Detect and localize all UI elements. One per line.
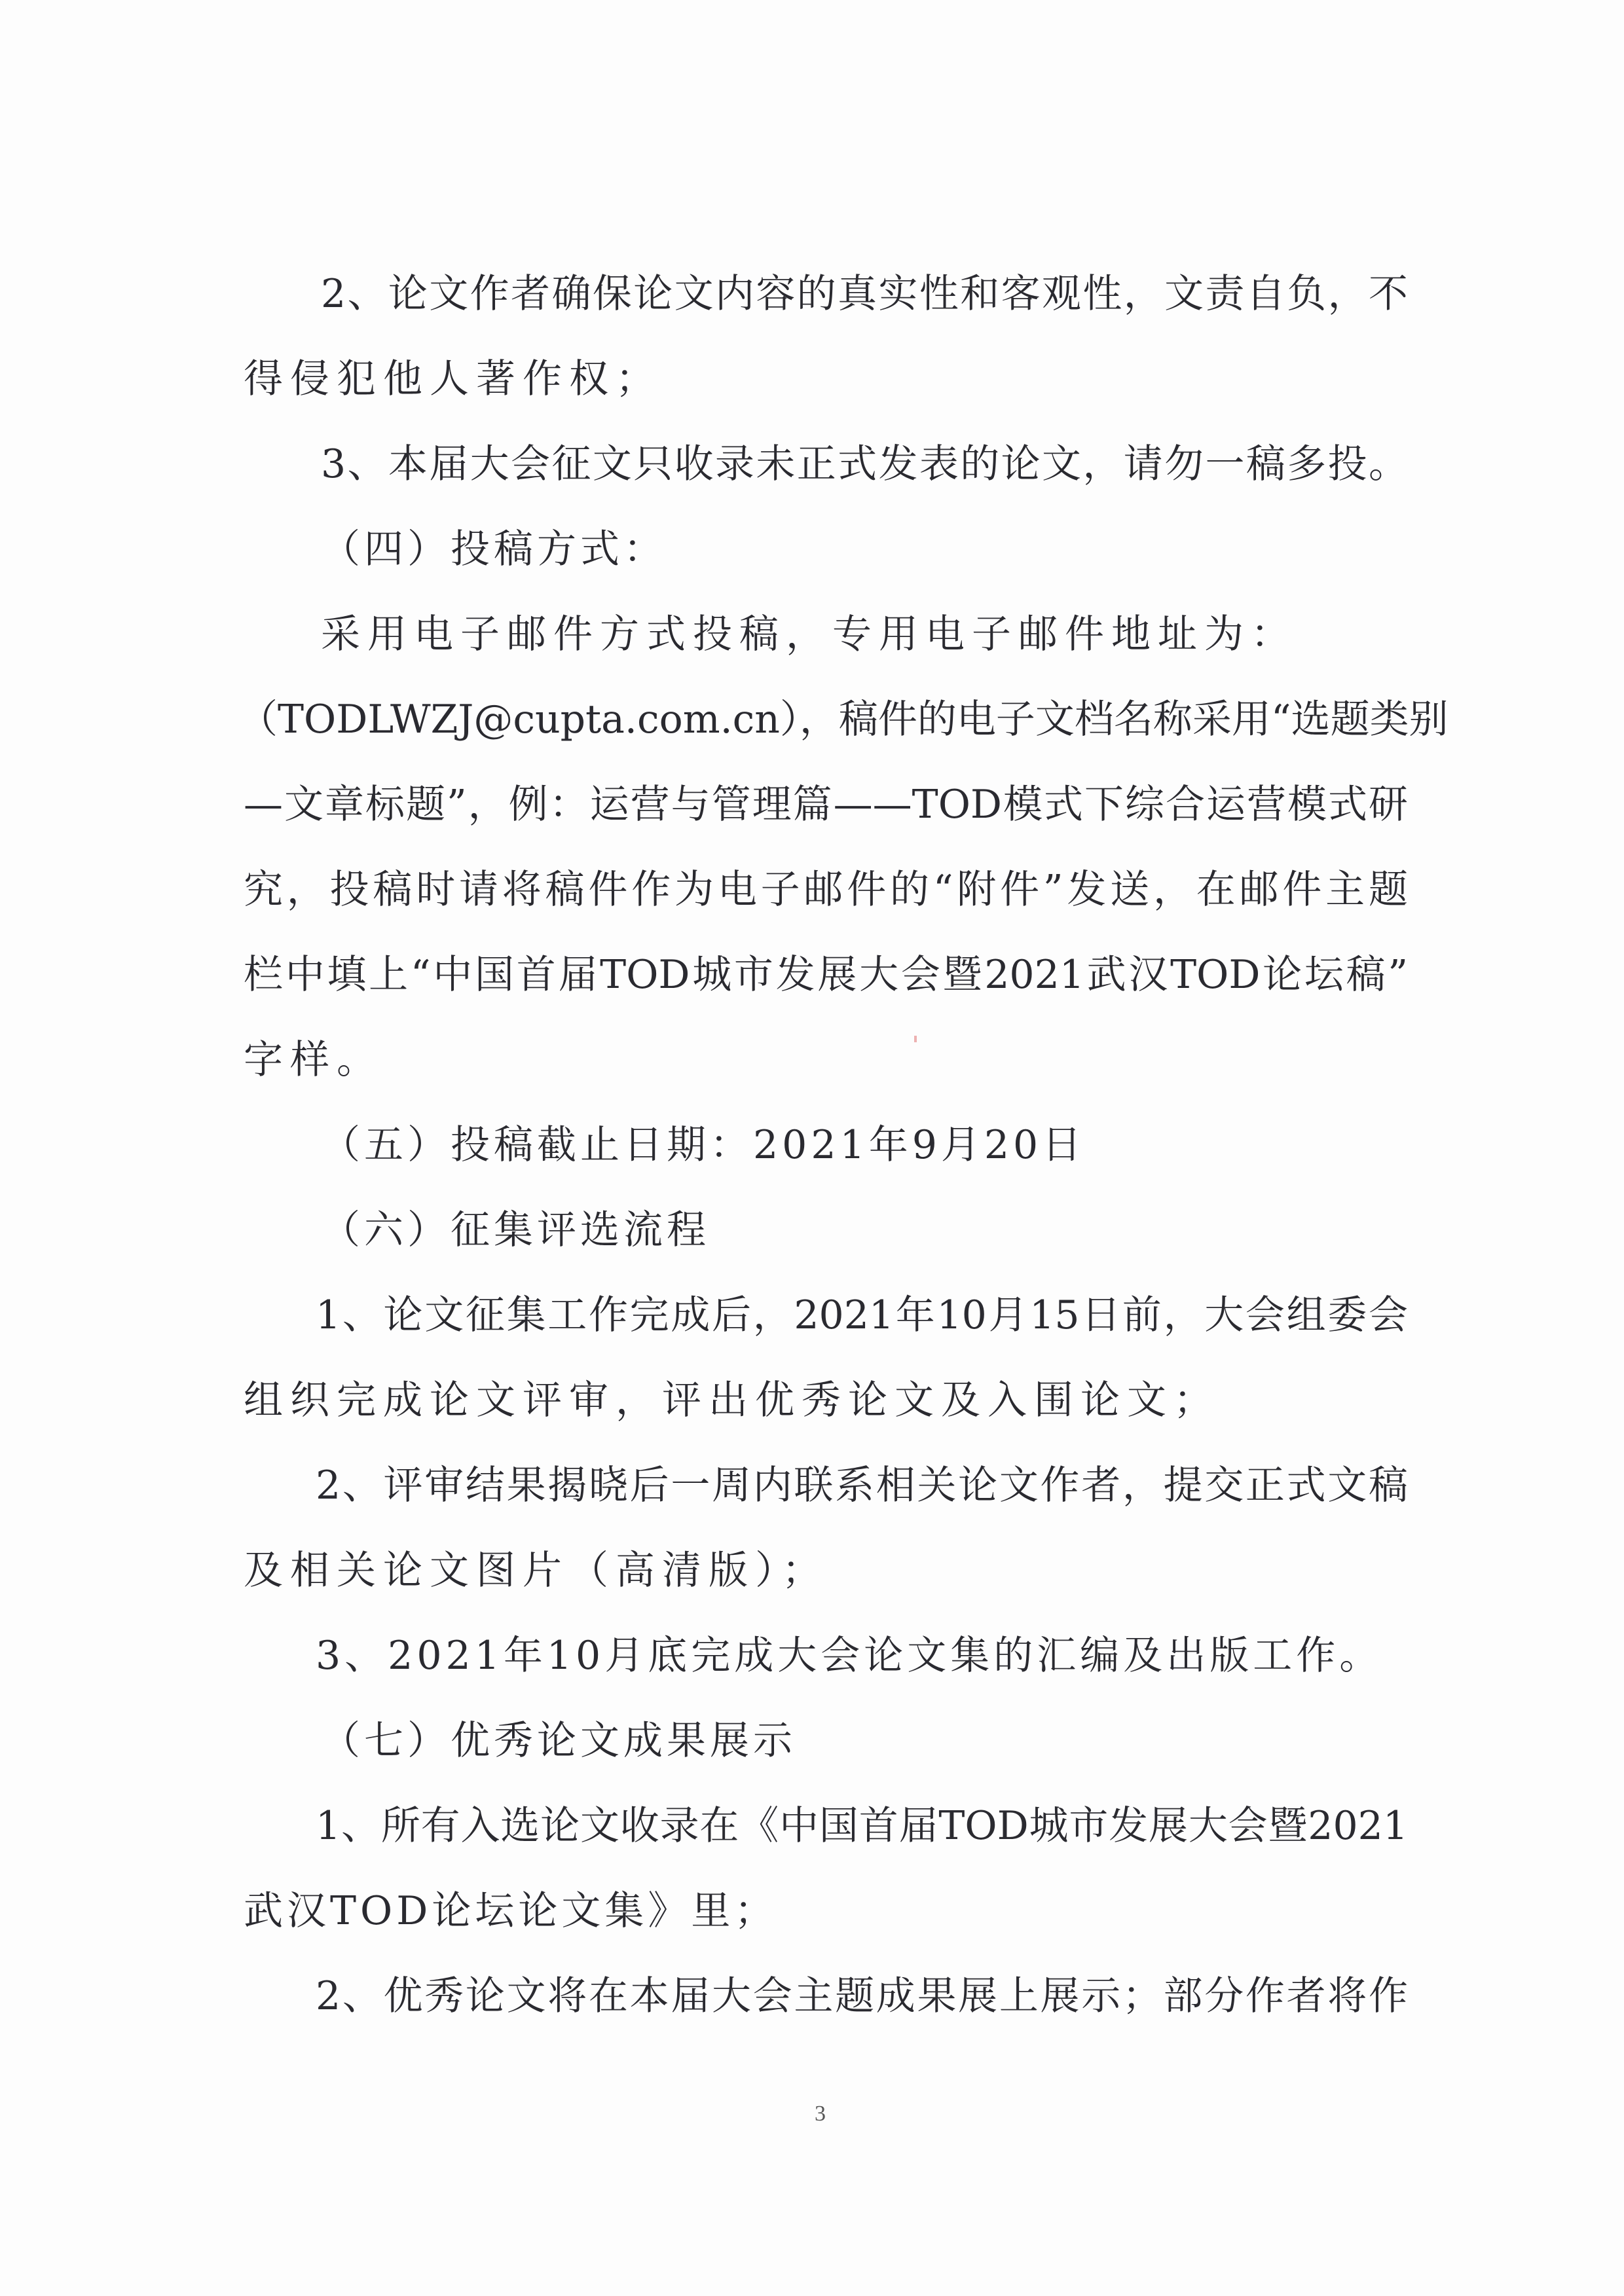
- paragraph-line: 3、本届大会征文只收录未正式发表的论文，请勿一稿多投。: [321, 441, 1408, 488]
- paragraph-line: 采用电子邮件方式投稿，专用电子邮件地址为：: [321, 611, 1297, 658]
- section-heading: （六）征集评选流程: [321, 1207, 710, 1254]
- paragraph-line: 字样。: [244, 1036, 383, 1084]
- paragraph-line: 武汉TOD论坛论文集》里；: [244, 1887, 777, 1935]
- paragraph-line: 2、评审结果揭晓后一周内联系相关论文作者，提交正式文稿: [316, 1462, 1408, 1509]
- paragraph-line: 1、所有入选论文收录在《中国首届TOD城市发展大会暨2021: [316, 1802, 1408, 1850]
- paragraph-line: 究，投稿时请将稿件作为电子邮件的“附件”发送，在邮件主题: [244, 866, 1408, 913]
- paragraph-line: 得侵犯他人著作权；: [244, 355, 662, 403]
- page-number: 3: [815, 2102, 826, 2126]
- paragraph-line: 2、论文作者确保论文内容的真实性和客观性，文责自负，不: [321, 270, 1408, 318]
- paragraph-line: 栏中填上“中国首届TOD城市发展大会暨2021武汉TOD论坛稿”: [244, 951, 1408, 998]
- email-address-line: （TODLWZJ@cupta.com.cn），稿件的电子文档名称采用“选题类别: [238, 696, 1408, 743]
- paragraph-line: 组织完成论文评审，评出优秀论文及入围论文；: [244, 1377, 1220, 1424]
- section-heading: （七）优秀论文成果展示: [321, 1717, 796, 1764]
- paragraph-line: 1、论文征集工作完成后，2021年10月15日前，大会组委会: [316, 1292, 1408, 1339]
- section-heading: （五）投稿截止日期：2021年9月20日: [321, 1121, 1085, 1169]
- section-heading: （四）投稿方式：: [321, 526, 667, 573]
- scan-artifact: [914, 1036, 917, 1042]
- paragraph-line: —文章标题”，例：运营与管理篇——TOD模式下综合运营模式研: [244, 781, 1408, 828]
- paragraph-line: 3、2021年10月底完成大会论文集的汇编及出版工作。: [316, 1632, 1382, 1679]
- document-page: 2、论文作者确保论文内容的真实性和客观性，文责自负，不 得侵犯他人著作权； 3、…: [244, 0, 1408, 2296]
- paragraph-line: 2、优秀论文将在本届大会主题成果展上展示；部分作者将作: [316, 1973, 1408, 2020]
- paragraph-line: 及相关论文图片（高清版）；: [244, 1547, 828, 1594]
